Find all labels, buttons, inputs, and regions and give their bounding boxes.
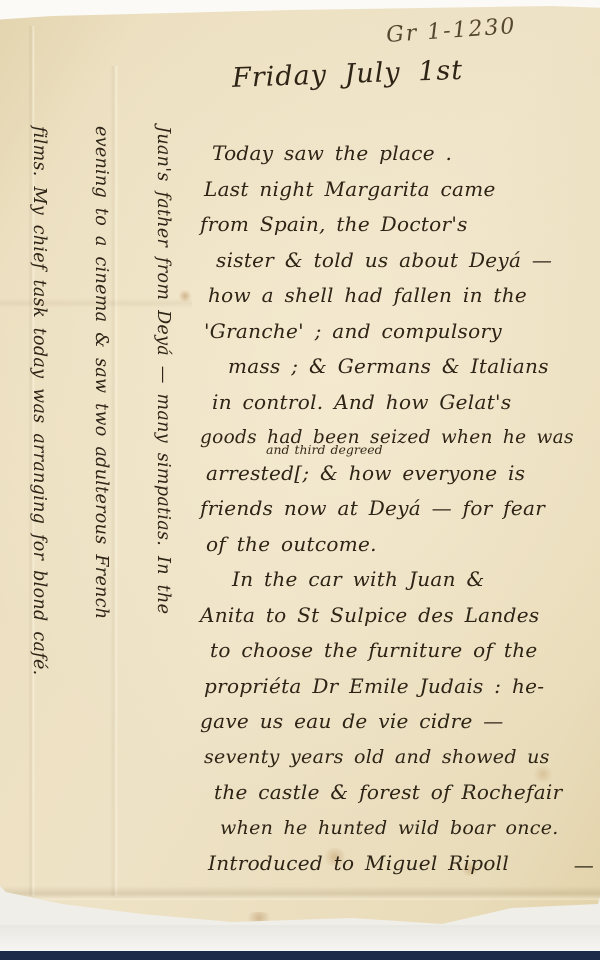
letter-line: when he hunted wild boar once. — [200, 811, 590, 847]
letter-line: goods had been seized when he was — [200, 420, 590, 456]
letter-body: Today saw the place . Last night Margari… — [200, 136, 590, 882]
letter-line: seventy years old and showed us — [200, 740, 590, 776]
letter-line: of the outcome. — [200, 527, 590, 563]
letter-line: mass ; & Germans & Italians — [200, 349, 590, 385]
letter-line: In the car with Juan & — [200, 562, 590, 598]
letter-line: in control. And how Gelat's — [200, 385, 590, 421]
letter-line: 'Granche' ; and compulsory — [200, 314, 590, 350]
letter-line: and third degreedarrested[; & how everyo… — [200, 456, 590, 492]
photo-of-letter: Gr 1-1230 Friday July 1st Today saw the … — [0, 0, 600, 960]
margin-line: films. My chief task today was arranging… — [8, 126, 70, 932]
interline-insertion: and third degreed — [266, 444, 383, 456]
letter-line: the castle & forest of Rochefair — [200, 775, 590, 811]
backdrop-dark-edge — [0, 951, 600, 960]
letter-line: Anita to St Sulpice des Landes — [200, 598, 590, 634]
letter-line: Introduced to Miguel Ripoll — — [200, 846, 590, 882]
letter-line-text: Introduced to Miguel Ripoll — [208, 851, 509, 875]
letter-line: sister & told us about Deyá — — [200, 243, 590, 279]
margin-line: evening to a cinema & saw two adulterous… — [70, 126, 132, 932]
margin-line: Juan's father from Deyá — many simpatias… — [132, 126, 194, 932]
letter-line: friends now at Deyá — for fear — [200, 491, 590, 527]
letter-line: gave us eau de vie cidre — — [200, 704, 590, 740]
trailing-dash: — — [574, 848, 594, 884]
letter-line: to choose the furniture of the — [200, 633, 590, 669]
letter-line: from Spain, the Doctor's — [200, 207, 590, 243]
letter-line: Last night Margarita came — [200, 172, 590, 208]
margin-annotation: Juan's father from Deyá — many simpatias… — [6, 126, 194, 932]
letter-line: propriéta Dr Emile Judais : he- — [200, 669, 590, 705]
letter-line-text: arrested[; & how everyone is — [206, 461, 525, 485]
letter-line: Today saw the place . — [200, 136, 590, 172]
letter-line: how a shell had fallen in the — [200, 278, 590, 314]
